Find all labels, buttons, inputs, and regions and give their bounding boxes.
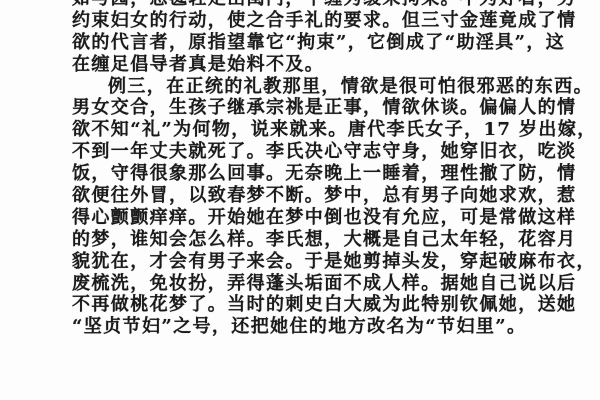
text-line: 貌犹在，才会有男子来会。于是她剪掉头发，穿起破麻布衣， xyxy=(72,251,542,273)
scanned-book-page: 如与园，总毽轻足出闺门，干缠为缓来拘束。不为好看，另 约束妇女的行动，使之合手礼… xyxy=(0,0,600,400)
text-line: 男女交合，生孩子继承宗祧是正事，情欲休谈。偏偏人的情 xyxy=(72,97,542,119)
text-line: 欲便往外冒，以致春梦不断。梦中，总有男子向她求欢，惹 xyxy=(72,185,542,207)
paragraph-start-line: 例三，在正统的礼教那里，情欲是很可怕很邪恶的东西。 xyxy=(72,76,542,98)
text-line: 约束妇女的行动，使之合手礼的要求。但三寸金莲竟成了情 xyxy=(72,10,542,32)
text-line: 如与园，总毽轻足出闺门，干缠为缓来拘束。不为好看，另 xyxy=(72,0,542,10)
text-line: 饭，守得很象那么回事。无奈晚上一睡着，理性撤了防，情 xyxy=(72,163,542,185)
text-line: 的梦，谁知会怎么样。李氏想，大概是自己太年轻，花容月 xyxy=(72,229,542,251)
text-line: 得心颤颤痒痒。开始她在梦中倒也没有允应，可是常做这样 xyxy=(72,207,542,229)
text-line: 不到一年丈夫就死了。李氏决心守志守身，她穿旧衣，吃淡 xyxy=(72,141,542,163)
text-line: 不再做桃花梦了。当时的刺史白大威为此特别钦佩她，送她 xyxy=(72,294,542,316)
body-text: 如与园，总毽轻足出闺门，干缠为缓来拘束。不为好看，另 约束妇女的行动，使之合手礼… xyxy=(72,0,542,338)
text-line: 废梳洗，免妆扮，弄得蓬头垢面不成人样。据她自己说以后 xyxy=(72,273,542,295)
text-line: 欲不知“礼”为何物，说来就来。唐代李氏女子，17 岁出嫁， xyxy=(72,119,542,141)
text-line: “坚贞节妇”之号，还把她住的地方改名为“节妇里”。 xyxy=(72,316,542,338)
text-line: 欲的代言者，原指望靠它“拘束”，它倒成了“助淫具”，这 xyxy=(72,32,542,54)
text-line: 在缠足倡导者真是始料不及。 xyxy=(72,54,542,76)
